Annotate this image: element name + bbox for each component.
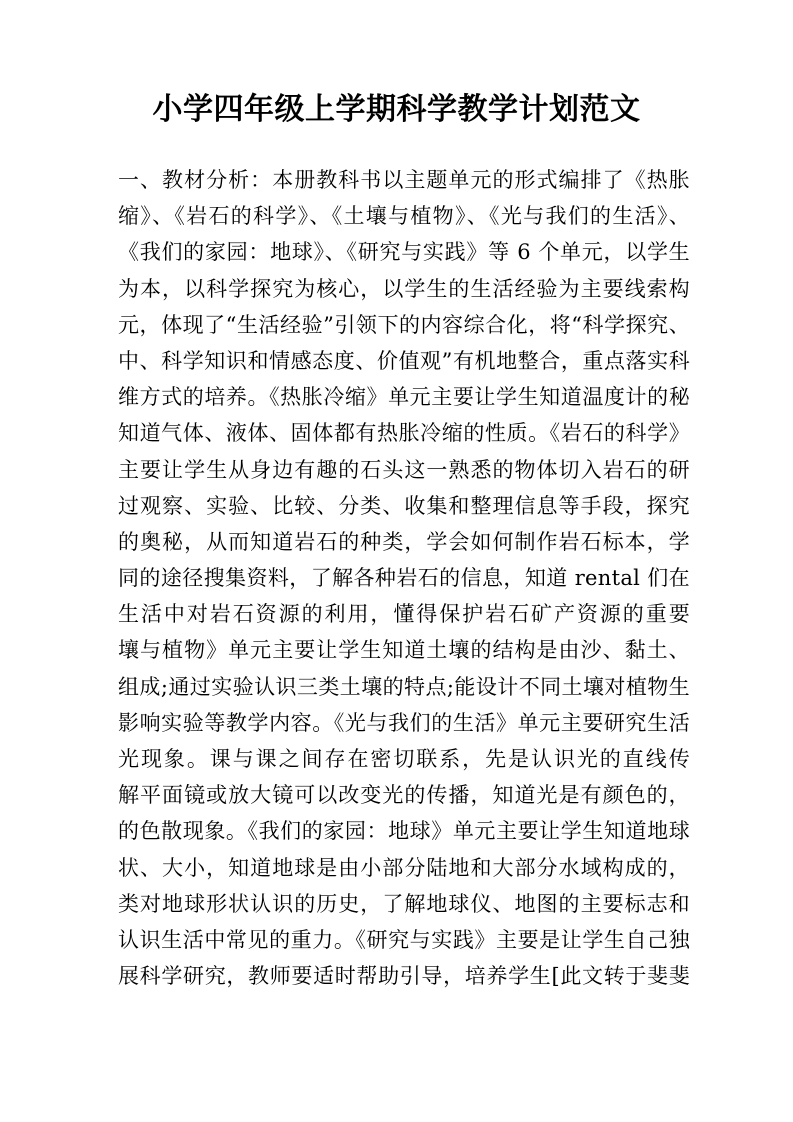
paragraph-line: 生活中对岩石资源的利用，懂得保护岩石矿产资源的重要性。《土 <box>118 596 690 632</box>
paragraph-line: 影响实验等教学内容。《光与我们的生活》单元主要研究生活中的 <box>118 705 690 741</box>
paragraph-line: 光现象。课与课之间存在密切联系，先是认识光的直线传播，再了 <box>118 741 690 777</box>
paragraph-line: 壤与植物》单元主要让学生知道土壤的结构是由沙、黏土、腐殖质 <box>118 632 690 668</box>
paragraph-line: 状、大小，知道地球是由小部分陆地和大部分水域构成的，了解人 <box>118 850 690 886</box>
paragraph-line: 《我们的家园：地球》、《研究与实践》等 6 个单元，以学生发展 <box>118 234 690 270</box>
page-title: 小学四年级上学期科学教学计划范文 <box>0 90 793 130</box>
paragraph-line: 展科学研究，教师要适时帮助引导，培养学生[此文转于斐斐课件园 <box>118 958 690 994</box>
paragraph-line: 中、科学知识和情感态度、价值观”有机地整合，重点落实科学思 <box>118 343 690 379</box>
paragraph-line: 类对地球形状认识的历史，了解地球仪、地图的主要标志和功用， <box>118 886 690 922</box>
paragraph-line: 主要让学生从身边有趣的石头这一熟悉的物体切入岩石的研究，通 <box>118 452 690 488</box>
paragraph-line: 组成;通过实验认识三类土壤的特点;能设计不同土壤对植物生长的 <box>118 669 690 705</box>
document-paragraph: 一、教材分析：本册教科书以主题单元的形式编排了《热胀冷 缩》、《岩石的科学》、《… <box>118 162 690 994</box>
paragraph-line: 维方式的培养。《热胀冷缩》单元主要让学生知道温度计的秘密， <box>118 379 690 415</box>
paragraph-line: 的色散现象。《我们的家园：地球》单元主要让学生知道地球的形 <box>118 813 690 849</box>
paragraph-line: 过观察、实验、比较、分类、收集和整理信息等手段，探究岩石中 <box>118 488 690 524</box>
paragraph-line: 认识生活中常见的重力。《研究与实践》主要是让学生自己独立开 <box>118 922 690 958</box>
paragraph-line: 的奥秘，从而知道岩石的种类，学会如何制作岩石标本，学会从不 <box>118 524 690 560</box>
paragraph-line: 一、教材分析：本册教科书以主题单元的形式编排了《热胀冷 <box>118 162 690 198</box>
paragraph-line: 同的途径搜集资料，了解各种岩石的信息，知道 rental 们在生产、 <box>118 560 690 596</box>
document-page: 小学四年级上学期科学教学计划范文 一、教材分析：本册教科书以主题单元的形式编排了… <box>0 0 793 1122</box>
paragraph-line: 为本，以科学探究为核心，以学生的生活经验为主要线索构建单 <box>118 271 690 307</box>
paragraph-line: 知道气体、液体、固体都有热胀冷缩的性质。《岩石的科学》单元 <box>118 415 690 451</box>
paragraph-line: 元，体现了“生活经验”引领下的内容综合化，将“科学探究、 <box>118 307 690 343</box>
paragraph-line: 缩》、《岩石的科学》、《土壤与植物》、《光与我们的生活》、 <box>118 198 690 234</box>
paragraph-line: 解平面镜或放大镜可以改变光的传播，知道光是有颜色的，了解光 <box>118 777 690 813</box>
